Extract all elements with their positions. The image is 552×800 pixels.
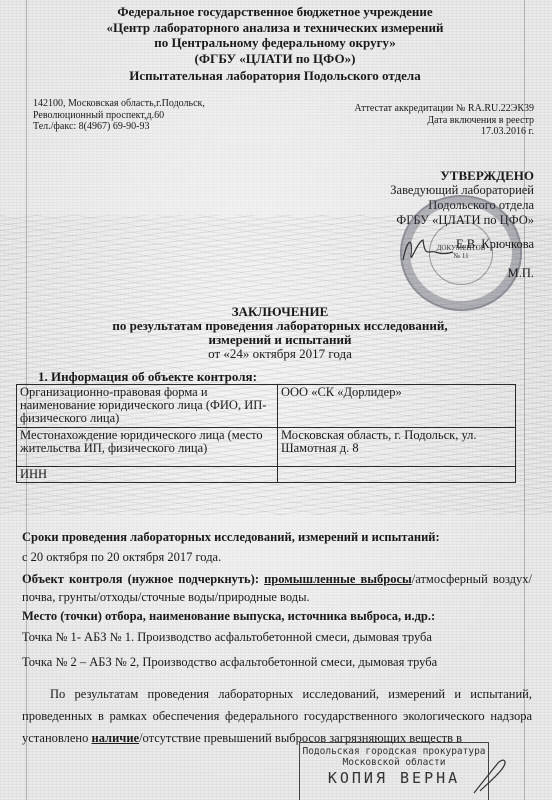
table-row: Организационно-правовая форма и наименов… bbox=[17, 385, 516, 428]
selected-object-option: промышленные выбросы bbox=[264, 572, 412, 586]
approver-department: Подольского отдела bbox=[390, 198, 534, 213]
seal-place-mark: М.П. bbox=[508, 266, 534, 281]
approver-organization: ФГБУ «ЦЛАТИ по ЦФО» bbox=[390, 213, 534, 228]
table-cell-value bbox=[278, 467, 516, 483]
table-cell-label: ИНН bbox=[17, 467, 278, 483]
terms-value: с 20 октября по 20 октября 2017 года. bbox=[22, 550, 532, 564]
document-subtitle: по результатам проведения лабораторных и… bbox=[60, 319, 500, 333]
seal-inner-ring bbox=[429, 221, 493, 285]
registry-label: Дата включения в реестр bbox=[354, 115, 534, 127]
org-line: по Центральному федеральному округу» bbox=[60, 35, 490, 51]
initials-signature-icon bbox=[470, 755, 510, 795]
approval-heading: УТВЕРЖДЕНО bbox=[390, 168, 534, 183]
table-cell-label: Местонахождение юридического лица (место… bbox=[17, 428, 278, 467]
stamp-line: Московской области bbox=[300, 757, 488, 768]
control-object: Объект контроля (нужное подчеркнуть): пр… bbox=[22, 570, 532, 606]
terms-heading: Сроки проведения лабораторных исследован… bbox=[22, 530, 532, 544]
scanned-document-page: Федеральное государственное бюджетное уч… bbox=[0, 0, 552, 800]
org-line: (ФГБУ «ЦЛАТИ по ЦФО») bbox=[60, 51, 490, 67]
object-info-table: Организационно-правовая форма и наименов… bbox=[16, 384, 516, 483]
registry-date: 17.03.2016 г. bbox=[354, 126, 534, 138]
document-title: ЗАКЛЮЧЕНИЕ bbox=[60, 305, 500, 319]
sampling-point: Точка № 2 – АБЗ № 2, Производство асфаль… bbox=[22, 655, 532, 669]
accreditation-number: Аттестат аккредитации № RA.RU.22ЭК39 bbox=[354, 103, 534, 115]
sampling-heading: Место (точки) отбора, наименование выпус… bbox=[22, 609, 532, 623]
phone-fax: Тел./факс: 8(4967) 69-90-93 bbox=[33, 121, 205, 133]
organization-header: Федеральное государственное бюджетное уч… bbox=[60, 4, 490, 66]
seal-text-line: № 11 bbox=[402, 252, 520, 260]
approver-position: Заведующий лабораторией bbox=[390, 183, 534, 198]
signer-name: Е.В. Крючкова bbox=[456, 237, 534, 252]
lab-title: Испытательная лаборатория Подольского от… bbox=[60, 68, 490, 84]
control-object-heading: Объект контроля (нужное подчеркнуть): bbox=[22, 572, 259, 586]
table-cell-value: ООО «СК «Дорлидер» bbox=[278, 385, 516, 428]
address-line: Революционный проспект,д.60 bbox=[33, 110, 205, 122]
sampling-point: Точка № 1- АБЗ № 1. Производство асфальт… bbox=[22, 630, 532, 644]
org-line: «Центр лабораторного анализа и техническ… bbox=[60, 20, 490, 36]
table-row: ИНН bbox=[17, 467, 516, 483]
document-date: от «24» октября 2017 года bbox=[60, 347, 500, 361]
document-subtitle: измерений и испытаний bbox=[60, 333, 500, 347]
conclusion-title-block: ЗАКЛЮЧЕНИЕ по результатам проведения лаб… bbox=[60, 305, 500, 361]
result-selected-option: наличие bbox=[92, 731, 140, 745]
copy-certified-stamp: Подольская городская прокуратура Московс… bbox=[299, 742, 489, 800]
section-title: 1. Информация об объекте контроля: bbox=[38, 369, 257, 385]
address-line: 142100, Московская область,г.Подольск, bbox=[33, 98, 205, 110]
stamp-line: Подольская городская прокуратура bbox=[300, 746, 488, 757]
table-row: Местонахождение юридического лица (место… bbox=[17, 428, 516, 467]
result-paragraph: По результатам проведения лабораторных и… bbox=[22, 683, 532, 749]
table-cell-value: Московская область, г. Подольск, ул. Шам… bbox=[278, 428, 516, 467]
org-line: Федеральное государственное бюджетное уч… bbox=[60, 4, 490, 20]
stamp-line: КОПИЯ ВЕРНА bbox=[300, 773, 488, 784]
accreditation-info: Аттестат аккредитации № RA.RU.22ЭК39 Дат… bbox=[354, 103, 534, 138]
lab-address: 142100, Московская область,г.Подольск, Р… bbox=[33, 98, 205, 133]
table-cell-label: Организационно-правовая форма и наименов… bbox=[17, 385, 278, 428]
approval-block: УТВЕРЖДЕНО Заведующий лабораторией Подол… bbox=[390, 168, 534, 228]
signature-icon bbox=[395, 230, 455, 270]
